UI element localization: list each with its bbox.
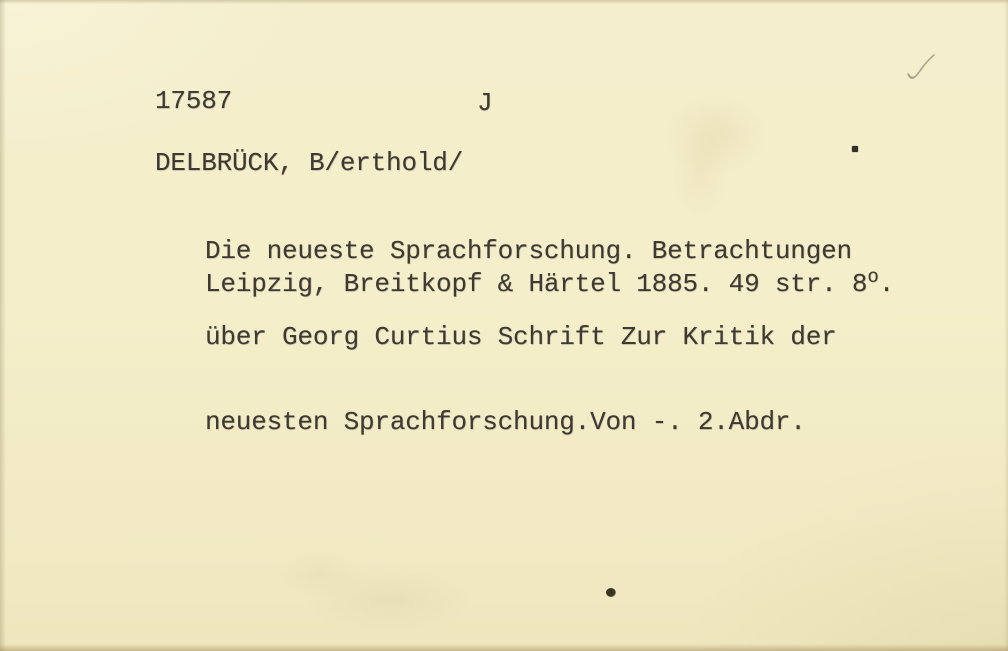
imprint-format-superscript: o [867, 266, 878, 288]
section-letter: J [477, 88, 492, 118]
card-edge-top [0, 0, 1008, 4]
author-heading: DELBRÜCK, B/erthold/ [155, 148, 463, 178]
ink-speck [606, 588, 616, 597]
title-block: Die neueste Sprachforschung. Betrachtung… [205, 180, 852, 494]
card-edge-right [1004, 0, 1008, 651]
title-line-1: Die neueste Sprachforschung. Betrachtung… [205, 237, 852, 266]
title-line-2: über Georg Curtius Schrift Zur Kritik de… [205, 323, 852, 352]
title-line-3: neuesten Sprachforschung.Von -. 2.Abdr. [205, 408, 852, 437]
catalog-card: 17587 J DELBRÜCK, B/erthold/ Die neueste… [0, 0, 1008, 651]
card-edge-left [0, 0, 6, 651]
call-number: 17587 [155, 86, 232, 116]
imprint-line: Leipzig, Breitkopf & Härtel 1885. 49 str… [205, 266, 894, 299]
ink-speck [852, 146, 858, 152]
pencil-checkmark-icon [900, 48, 948, 88]
imprint-period: . [879, 269, 894, 299]
imprint-main: Leipzig, Breitkopf & Härtel 1885. 49 str… [205, 269, 867, 299]
card-edge-bottom [0, 644, 1008, 651]
